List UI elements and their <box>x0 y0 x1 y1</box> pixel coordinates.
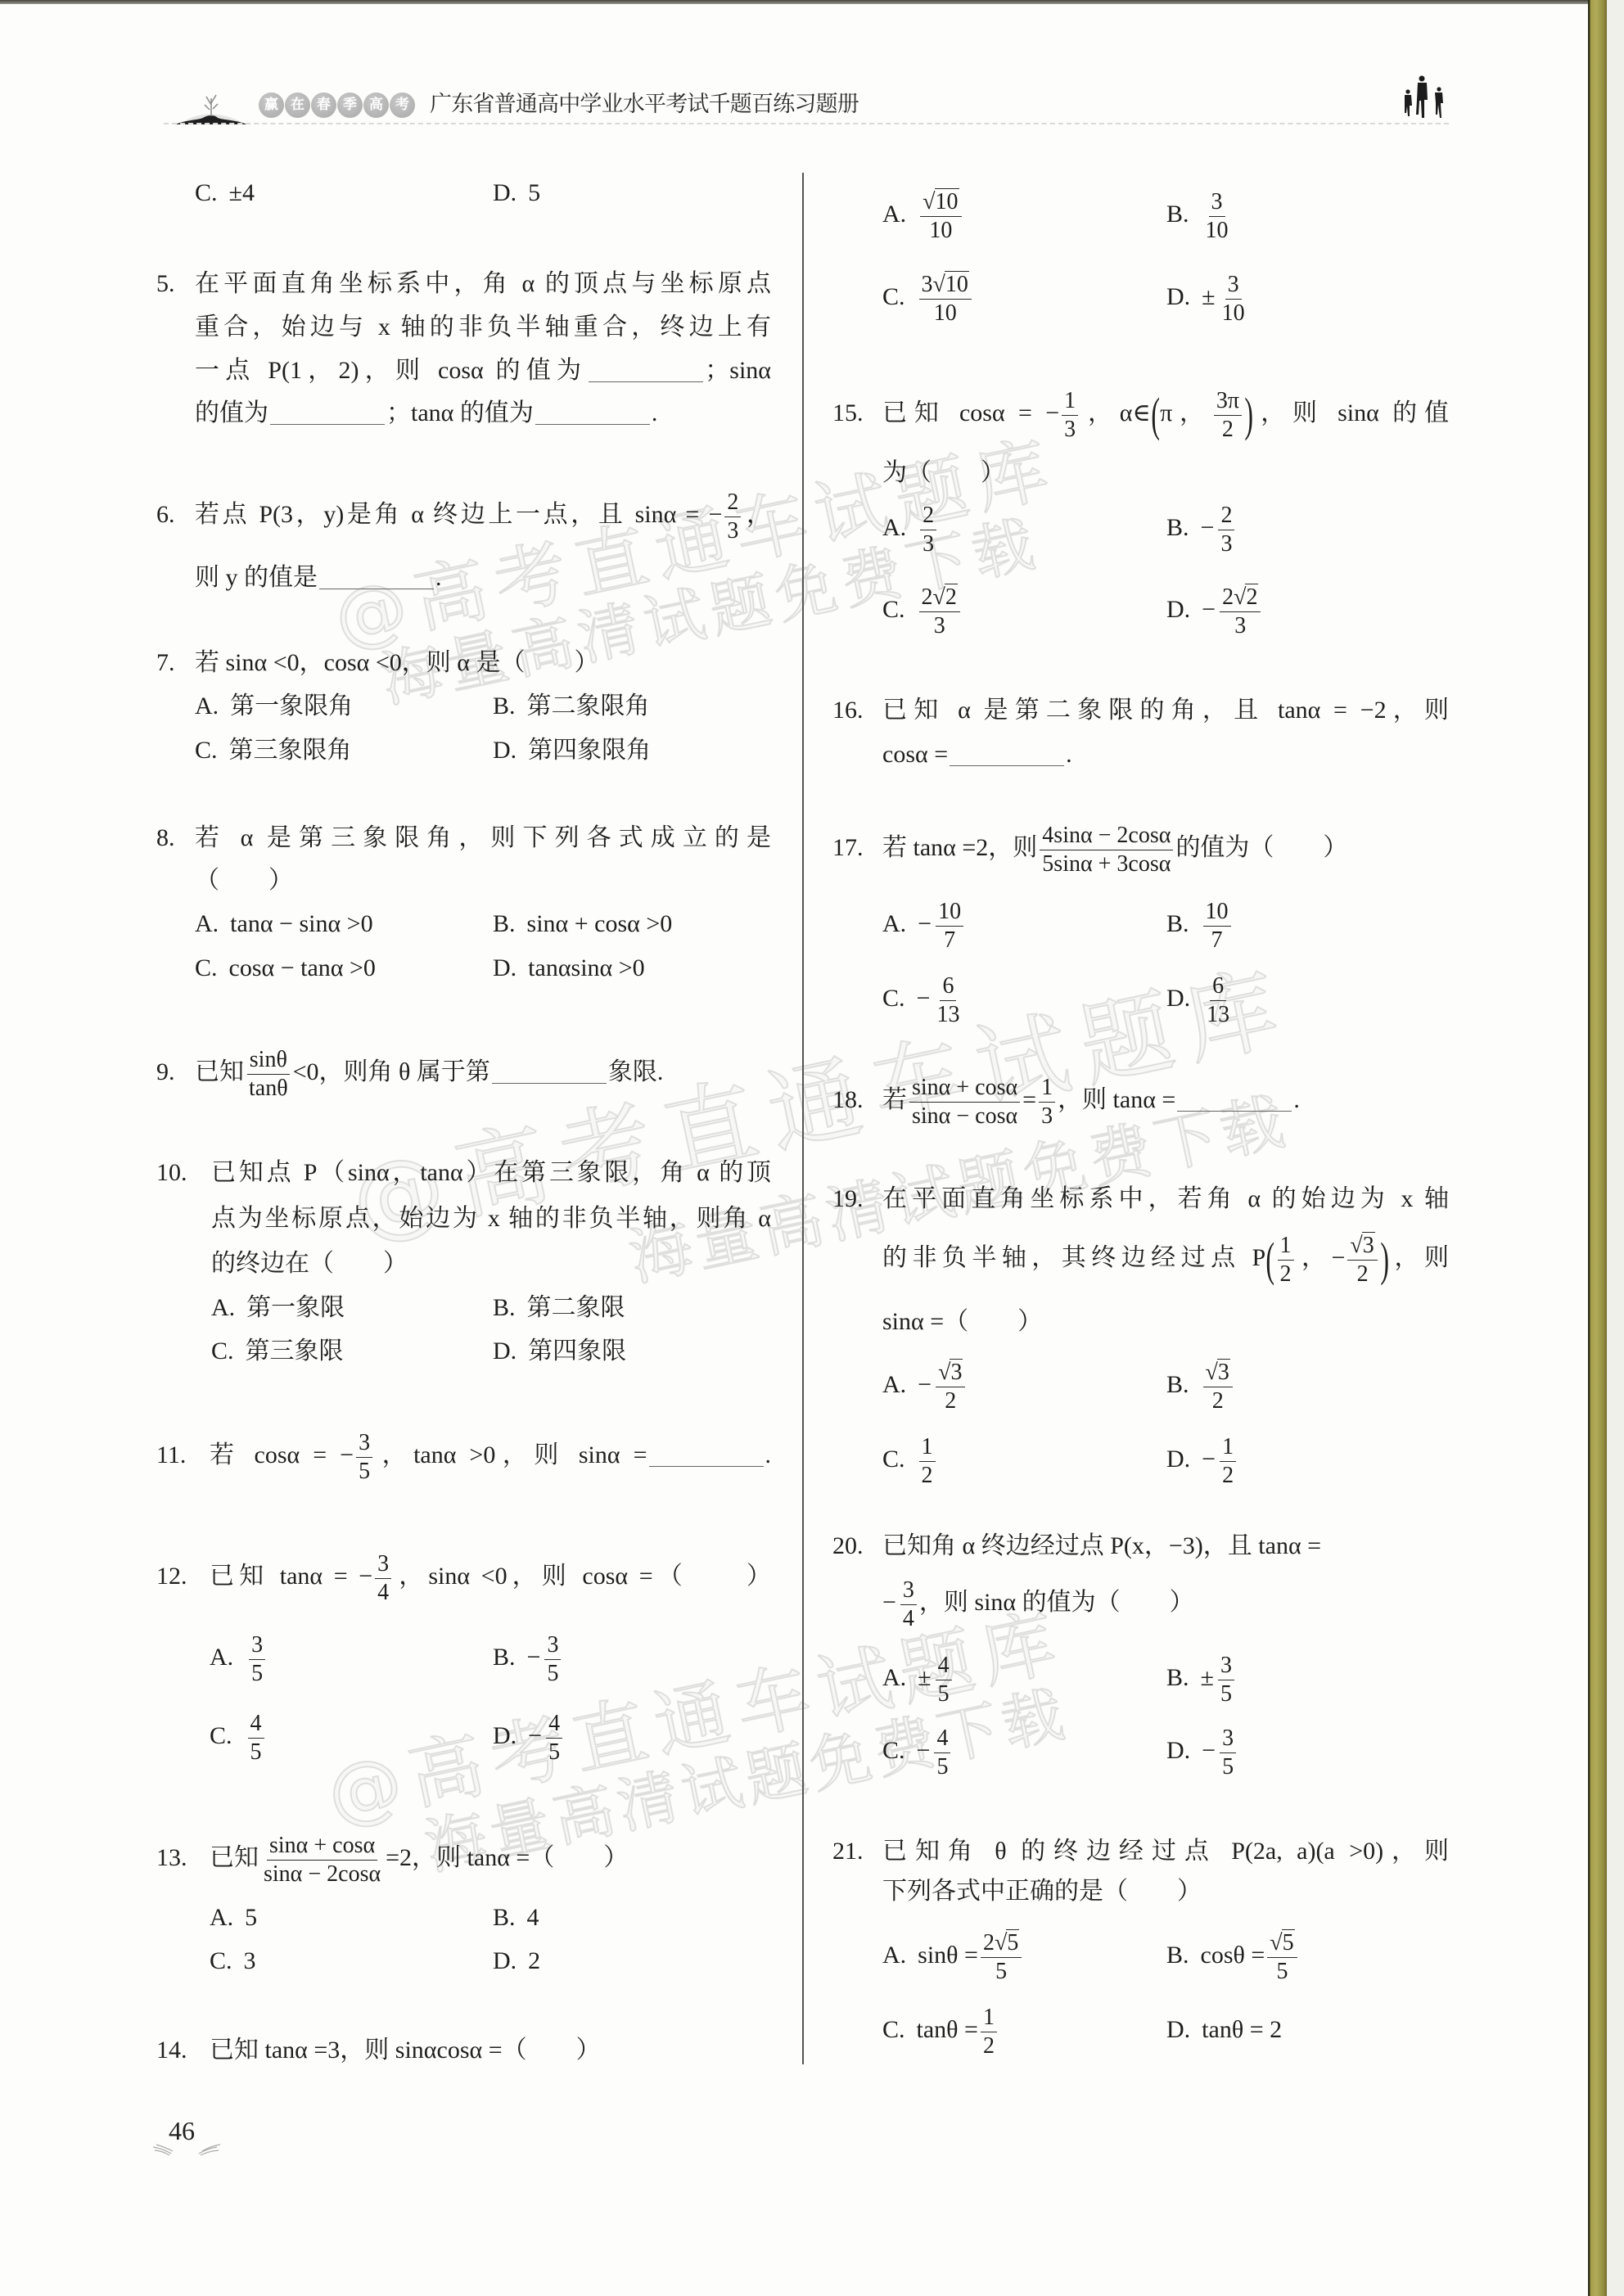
fraction: 310 <box>1203 191 1231 242</box>
option-c: C.tanθ =12 <box>882 2004 999 2056</box>
option-label: B. <box>493 1294 516 1321</box>
option-label: D. <box>1166 1737 1190 1764</box>
numerator: 2 <box>1218 504 1234 530</box>
denominator: tanθ <box>246 1075 291 1100</box>
fraction: 13 <box>1062 390 1078 441</box>
denominator: 5 <box>1218 1680 1234 1706</box>
question-text: 已知sinθtanθ<0，则角 θ 属于第象限. <box>195 1046 771 1098</box>
series-badge: 赢 <box>259 92 284 118</box>
option-label: C. <box>882 2016 905 2043</box>
numerator: 3 <box>1209 191 1225 217</box>
fraction: 4sinα − 2cosα5sinα + 3cosα <box>1040 824 1173 876</box>
text-segment: 已知 tanα = − <box>210 1563 372 1590</box>
option-label: A. <box>210 1644 233 1671</box>
text-segment: ，则 sinα 的值 <box>1253 399 1449 426</box>
fraction: 23 <box>1218 504 1234 556</box>
option-sign: ± <box>1201 1664 1214 1691</box>
option-value: 4 <box>527 1904 539 1931</box>
question-text: 若点 P(3，y)是角 α 终边上一点，且 sinα = −23， <box>195 489 771 541</box>
denominator: 7 <box>1209 927 1225 952</box>
text-segment: 的值为（ ） <box>1175 834 1347 861</box>
question-text: 已知角 α 终边经过点 P(x，−3)，且 tanα = <box>882 1520 1449 1572</box>
header-rule <box>164 123 1449 124</box>
numerator: 3π <box>1214 390 1242 416</box>
fraction: 2√55 <box>981 1932 1022 1983</box>
denominator: 10 <box>932 300 959 325</box>
question-19: 19. 在平面直角坐标系中，若角 α 的始边为 x 轴 <box>832 1173 1449 1225</box>
coefficient: 2 <box>1222 584 1234 610</box>
option-value: 第二象限角 <box>527 692 650 719</box>
text-segment: cosα = <box>882 741 948 768</box>
option-sign: − <box>1202 596 1216 623</box>
question-text: 若 cosα = −35，tanα >0，则 sinα =. <box>210 1429 771 1482</box>
fraction: 45 <box>546 1712 562 1764</box>
fraction: 34 <box>375 1553 391 1604</box>
option-label: B. <box>1166 1942 1189 1969</box>
denominator: 5 <box>546 1739 562 1764</box>
answer-blank <box>589 381 703 382</box>
answer-blank <box>950 765 1064 766</box>
fraction: √32 <box>1347 1234 1377 1286</box>
option-label: C. <box>882 596 905 623</box>
fraction: 3π2 <box>1214 390 1242 441</box>
numerator: sinα + cosα <box>267 1834 377 1861</box>
question-number: 9. <box>156 1046 195 1098</box>
option-c: C.第三象限 <box>211 1325 344 1378</box>
numerator: 4sinα − 2cosα <box>1040 824 1173 850</box>
question-number: 13. <box>156 1832 210 1884</box>
radicand: 3 <box>1362 1232 1375 1258</box>
answer-blank <box>319 589 434 589</box>
denominator: 5 <box>1274 1958 1290 1983</box>
question-text: 已知点 P（sinα，tanα）在第三象限，角 α 的顶 <box>211 1147 771 1199</box>
text-segment: = <box>1022 1086 1036 1113</box>
option-label: A. <box>210 1904 233 1931</box>
numerator: 10 <box>936 900 963 927</box>
option-label: A. <box>882 1664 906 1691</box>
numerator: √5 <box>1267 1932 1297 1958</box>
option-label: D. <box>1166 1446 1190 1473</box>
option-c: C.45 <box>210 1710 267 1762</box>
denominator: 2 <box>1278 1261 1294 1286</box>
numerator: 1 <box>1278 1234 1294 1261</box>
option-label: C. <box>882 283 905 310</box>
option-label: B. <box>1166 201 1189 228</box>
option-label: D. <box>1166 985 1190 1012</box>
text-segment: 若 <box>882 1086 907 1113</box>
big-right-paren: ) <box>1244 391 1253 439</box>
option-label: C. <box>195 954 218 981</box>
q14-option-a: A.√1010 <box>882 188 964 241</box>
option-b: B.−23 <box>1166 502 1237 554</box>
coefficient: 2 <box>922 584 933 610</box>
question-text: 在平面直角坐标系中，若角 α 的始边为 x 轴 <box>882 1173 1449 1225</box>
question-17: 17. 若 tanα =2，则4sinα − 2cosα5sinα + 3cos… <box>832 822 1449 874</box>
series-badge: 在 <box>285 92 310 118</box>
option-label: B. <box>1166 514 1189 541</box>
denominator: 5 <box>936 1680 952 1706</box>
denominator: 5 <box>356 1458 372 1483</box>
option-c: C.cosα − tanα >0 <box>195 942 376 995</box>
fraction: 12 <box>1278 1234 1294 1286</box>
denominator: 3 <box>932 612 948 638</box>
text-segment: 象限. <box>608 1058 664 1085</box>
question-14: 14. 已知 tanα =3，则 sinαcosα =（ ） <box>156 2024 771 2077</box>
denominator: 3 <box>1039 1103 1055 1128</box>
sqrt-sign: √ <box>1350 1233 1362 1258</box>
question-number: 17. <box>832 822 882 874</box>
text-segment: 已知 cosα = − <box>882 399 1059 426</box>
option-value: tanα − sinα >0 <box>230 910 372 937</box>
option-lhs: tanθ = <box>917 2016 978 2043</box>
q14-option-b: B.310 <box>1166 188 1234 241</box>
text-segment: 已知 <box>210 1844 259 1871</box>
text-segment: ，则 tanα = <box>1058 1086 1175 1113</box>
option-value: 3 <box>244 1947 256 1974</box>
fraction: √32 <box>1203 1361 1233 1413</box>
denominator: 13 <box>934 1001 962 1026</box>
option-c: C.3 <box>210 1935 256 1987</box>
island-logo-icon <box>174 87 249 128</box>
option-d: D.第四象限 <box>493 1325 626 1378</box>
option-a: A.35 <box>210 1631 268 1684</box>
option-label: D. <box>1166 2016 1190 2043</box>
option-c: C.−45 <box>882 1725 953 1777</box>
denominator: 4 <box>375 1579 391 1604</box>
numerator: 3√10 <box>919 273 972 300</box>
option-d: D.第四象限角 <box>493 724 651 777</box>
option-label: A. <box>211 1294 235 1321</box>
option-label: D. <box>1166 283 1190 310</box>
option-c: C.−613 <box>882 972 964 1025</box>
book-spine-edge <box>1588 0 1607 2296</box>
numerator: √3 <box>1347 1234 1377 1261</box>
text-segment: ，α∈ <box>1080 399 1151 426</box>
numerator: 3 <box>1218 1654 1234 1680</box>
numerator: √10 <box>920 191 961 217</box>
option-d: D.−45 <box>493 1710 565 1762</box>
fraction: 23 <box>920 504 936 556</box>
option-sign: − <box>917 985 931 1012</box>
numerator: 1 <box>919 1436 936 1462</box>
option-label: B. <box>1166 1371 1189 1398</box>
option-label: B. <box>1166 910 1189 937</box>
numerator: 6 <box>940 975 956 1001</box>
question-11: 11. 若 cosα = −35，tanα >0，则 sinα =. <box>156 1429 771 1482</box>
denominator: 13 <box>1204 1001 1232 1026</box>
question-text-line: 则 y 的值是. <box>195 552 442 604</box>
question-number: 19. <box>832 1173 882 1225</box>
option-label: D. <box>493 1337 517 1365</box>
numerator: √3 <box>936 1361 965 1387</box>
option-label: B. <box>493 1904 516 1931</box>
option-label: C. <box>210 1947 232 1974</box>
option-sign: − <box>918 910 932 937</box>
fraction: 310 <box>1220 273 1247 325</box>
fraction: √1010 <box>920 191 961 242</box>
q4-option-d: D.5 <box>493 167 540 219</box>
fraction: 45 <box>934 1727 950 1779</box>
question-text: 已知 tanα =3，则 sinαcosα =（ ） <box>210 2024 771 2077</box>
question-6: 6. 若点 P(3，y)是角 α 终边上一点，且 sinα = −23， <box>156 489 771 541</box>
workbook-page: 赢 在 春 季 高 考 广东省普通高中学业水平考试千题百练习题册 @高考直通车试… <box>0 0 1624 2296</box>
big-left-paren: ( <box>1266 1236 1275 1283</box>
option-value: 第四象限角 <box>528 737 651 764</box>
question-text: 若 tanα =2，则4sinα − 2cosα5sinα + 3cosα的值为… <box>882 822 1449 874</box>
fraction: 12 <box>1220 1436 1236 1487</box>
denominator: 3 <box>920 530 936 556</box>
option-value: sinα + cosα >0 <box>527 910 673 937</box>
option-label: C. <box>195 737 218 764</box>
fraction: 35 <box>544 1634 561 1685</box>
option-sign: − <box>918 1371 932 1398</box>
option-value: cosα − tanα >0 <box>229 954 376 981</box>
sqrt-sign: √ <box>1270 1930 1282 1955</box>
text-segment: . <box>1066 741 1072 768</box>
denominator: 2 <box>942 1387 959 1413</box>
denominator: 5 <box>544 1660 561 1685</box>
option-d: D.−35 <box>1166 1725 1238 1777</box>
numerator: 6 <box>1210 975 1226 1001</box>
series-badges: 赢 在 春 季 高 考 <box>259 92 415 118</box>
numerator: 4 <box>936 1654 952 1680</box>
denominator: 2 <box>981 2032 997 2058</box>
fraction: 34 <box>900 1579 917 1631</box>
fraction: 613 <box>1204 975 1232 1026</box>
question-number: 20. <box>832 1520 882 1572</box>
option-value: 第一象限 <box>246 1294 345 1321</box>
question-number: 7. <box>156 637 195 689</box>
question-text-line: sinα =（ ） <box>882 1296 1042 1348</box>
question-13: 13. 已知sinα + cosαsinα − 2cosα=2，则 tanα =… <box>156 1832 771 1884</box>
text-segment: ；tanα 的值为 <box>386 399 534 426</box>
option-sign: − <box>1202 1446 1216 1473</box>
option-label: D. <box>493 179 517 206</box>
numerator: 3 <box>900 1579 917 1605</box>
question-text-line: 下列各式中正确的是（ ） <box>882 1865 1202 1918</box>
sqrt-sign: √ <box>1206 1360 1218 1385</box>
fraction: 3√1010 <box>919 273 972 325</box>
option-label: B. <box>493 692 516 719</box>
radicand: 10 <box>945 271 969 297</box>
text-segment: ，则 sinα 的值为（ ） <box>919 1589 1194 1616</box>
fraction: 107 <box>1203 900 1231 952</box>
fraction: 35 <box>249 1634 265 1685</box>
option-a: A.±45 <box>882 1652 954 1704</box>
option-b: B.±35 <box>1166 1652 1237 1704</box>
option-label: A. <box>882 514 906 541</box>
option-a: A.−107 <box>882 898 966 950</box>
denominator: 5 <box>993 1958 1009 1983</box>
question-number: 18. <box>832 1074 882 1126</box>
q4-option-c: C.±4 <box>195 167 255 219</box>
fraction: 2√23 <box>919 586 960 638</box>
option-label: A. <box>882 910 906 937</box>
question-20: 20. 已知角 α 终边经过点 P(x，−3)，且 tanα = <box>832 1520 1449 1572</box>
option-value: 第二象限 <box>527 1294 625 1321</box>
fraction: sinα + cosαsinα − 2cosα <box>261 1834 383 1886</box>
option-label: D. <box>493 1947 517 1974</box>
series-badge: 考 <box>390 92 415 118</box>
denominator: 5 <box>1220 1753 1236 1779</box>
option-d: D.2 <box>493 1935 540 1987</box>
text-segment: ，− <box>1297 1244 1346 1271</box>
option-value: 第三象限 <box>246 1337 344 1365</box>
scan-margin <box>1607 0 1624 2296</box>
option-b: B.107 <box>1166 898 1234 950</box>
denominator: 10 <box>927 217 954 242</box>
denominator: sinα − 2cosα <box>261 1861 383 1886</box>
numerator: 2√2 <box>919 586 960 612</box>
text-segment: . <box>435 564 442 591</box>
numerator: 3 <box>544 1634 561 1660</box>
numerator: 4 <box>248 1712 264 1739</box>
option-label: A. <box>195 692 219 719</box>
question-number: 11. <box>156 1429 210 1482</box>
sqrt-sign: √ <box>933 584 945 610</box>
q14-option-c: C.3√1010 <box>882 271 974 323</box>
denominator: 5 <box>934 1753 950 1779</box>
question-number: 16. <box>832 684 882 737</box>
option-sign: ± <box>1202 283 1215 310</box>
answer-blank <box>535 424 650 425</box>
question-text: 已知 cosα = −13，α∈(π，3π2)，则 sinα 的值 <box>882 387 1449 440</box>
option-d: D.613 <box>1166 972 1234 1025</box>
numerator: 3 <box>375 1553 391 1579</box>
text-segment: 的非负半轴，其终边经过点 P <box>882 1244 1265 1271</box>
option-label: C. <box>195 179 218 206</box>
radicand: 2 <box>1245 584 1258 610</box>
big-left-paren: ( <box>1151 391 1160 439</box>
text-segment: ；sinα <box>705 357 771 384</box>
option-lhs: sinθ = <box>918 1942 978 1969</box>
denominator: 2 <box>1220 416 1236 441</box>
denominator: 5 <box>249 1660 265 1685</box>
coefficient: 2 <box>983 1930 995 1955</box>
option-label: D. <box>493 737 517 764</box>
numerator: 3 <box>356 1432 372 1458</box>
question-number: 5. <box>156 258 195 310</box>
sign: − <box>882 1589 896 1616</box>
option-c: C.12 <box>882 1433 938 1486</box>
option-sign: − <box>1202 1737 1216 1764</box>
option-c: C.2√23 <box>882 584 963 636</box>
denominator: 10 <box>1220 300 1247 325</box>
denominator: 3 <box>1062 416 1078 441</box>
denominator: 3 <box>1218 530 1234 556</box>
radicand: 2 <box>945 584 958 610</box>
question-number: 6. <box>156 489 195 541</box>
numerator: 1 <box>1062 390 1078 416</box>
option-value: 第四象限 <box>528 1337 626 1365</box>
option-a: A.23 <box>882 502 939 554</box>
radicand: 5 <box>1006 1929 1019 1955</box>
option-label: D. <box>493 1722 517 1749</box>
numerator: 2 <box>920 504 936 530</box>
fraction: 13 <box>1039 1076 1055 1128</box>
radicand: 5 <box>1282 1929 1295 1955</box>
text-segment: . <box>1293 1086 1300 1113</box>
radicand: 3 <box>950 1359 963 1385</box>
answer-blank <box>649 1466 764 1467</box>
fraction: 613 <box>934 975 962 1026</box>
question-text: 已知 tanα = −34，sinα <0，则 cosα =（ ） <box>210 1550 771 1603</box>
question-text-line: 的值为；tanα 的值为. <box>195 387 657 440</box>
sqrt-sign: √ <box>923 189 935 214</box>
text-segment: ， <box>743 501 771 528</box>
fraction: 35 <box>1220 1727 1236 1779</box>
option-label: A. <box>195 910 219 937</box>
question-18: 18. 若sinα + cosαsinα − cosα=13，则 tanα =. <box>832 1074 1449 1126</box>
book-title: 广东省普通高中学业水平考试千题百练习题册 <box>430 90 859 120</box>
option-value: tanθ = 2 <box>1202 2016 1282 2043</box>
text-segment: 的值为 <box>195 399 268 426</box>
option-d: D.−2√23 <box>1166 584 1263 636</box>
denominator: 2 <box>919 1462 936 1487</box>
text-segment: ，tanα >0，则 sinα = <box>375 1441 647 1468</box>
question-12: 12. 已知 tanα = −34，sinα <0，则 cosα =（ ） <box>156 1550 771 1603</box>
sqrt-sign: √ <box>933 272 945 297</box>
numerator: 2√2 <box>1220 586 1261 612</box>
fraction: 35 <box>356 1432 372 1483</box>
option-label: C. <box>210 1722 232 1749</box>
question-9: 9. 已知sinθtanθ<0，则角 θ 属于第象限. <box>156 1046 771 1098</box>
question-15: 15. 已知 cosα = −13，α∈(π，3π2)，则 sinα 的值 <box>832 387 1449 440</box>
denominator: 10 <box>1203 217 1231 242</box>
text-segment: . <box>652 399 658 426</box>
fraction: √32 <box>936 1361 965 1413</box>
option-sign: − <box>1201 514 1215 541</box>
denominator: 3 <box>724 517 741 543</box>
fraction: 2√23 <box>1220 586 1261 638</box>
denominator: 5 <box>248 1739 264 1764</box>
numerator: 2√5 <box>981 1932 1022 1958</box>
column-divider <box>802 173 804 2064</box>
numerator: √3 <box>1203 1361 1233 1387</box>
option-label: C. <box>882 1446 905 1473</box>
option-sign: − <box>527 1644 541 1671</box>
text-segment: ，则 <box>1389 1244 1449 1271</box>
denominator: sinα − cosα <box>909 1103 1020 1128</box>
series-badge: 高 <box>363 92 389 118</box>
text-segment: 已知 <box>195 1058 244 1085</box>
option-label: C. <box>882 985 905 1012</box>
option-b: B.−35 <box>493 1631 563 1684</box>
option-value: tanαsinα >0 <box>528 954 645 981</box>
radicand: 10 <box>935 188 959 214</box>
option-label: D. <box>493 954 517 981</box>
question-text-line: −34，则 sinα 的值为（ ） <box>882 1577 1194 1629</box>
option-label: D. <box>1166 596 1190 623</box>
text-segment: 一点 P(1，2)，则 cosα 的值为 <box>195 357 587 384</box>
numerator: 2 <box>724 491 741 517</box>
question-number: 10. <box>156 1147 211 1199</box>
numerator: sinα + cosα <box>909 1076 1020 1103</box>
series-badge: 季 <box>337 92 363 118</box>
coefficient: 3 <box>922 272 933 297</box>
question-number: 15. <box>832 387 882 440</box>
fraction: 23 <box>724 491 741 543</box>
option-sign: − <box>528 1722 542 1749</box>
runners-icon <box>1401 75 1450 121</box>
numerator: 4 <box>546 1712 562 1739</box>
scan-top-edge <box>0 0 1588 4</box>
option-value: 第三象限角 <box>229 737 352 764</box>
option-c: C.第三象限角 <box>195 724 352 777</box>
option-sign: ± <box>918 1664 931 1691</box>
big-right-paren: ) <box>1380 1236 1389 1283</box>
fraction: 35 <box>1218 1654 1234 1706</box>
